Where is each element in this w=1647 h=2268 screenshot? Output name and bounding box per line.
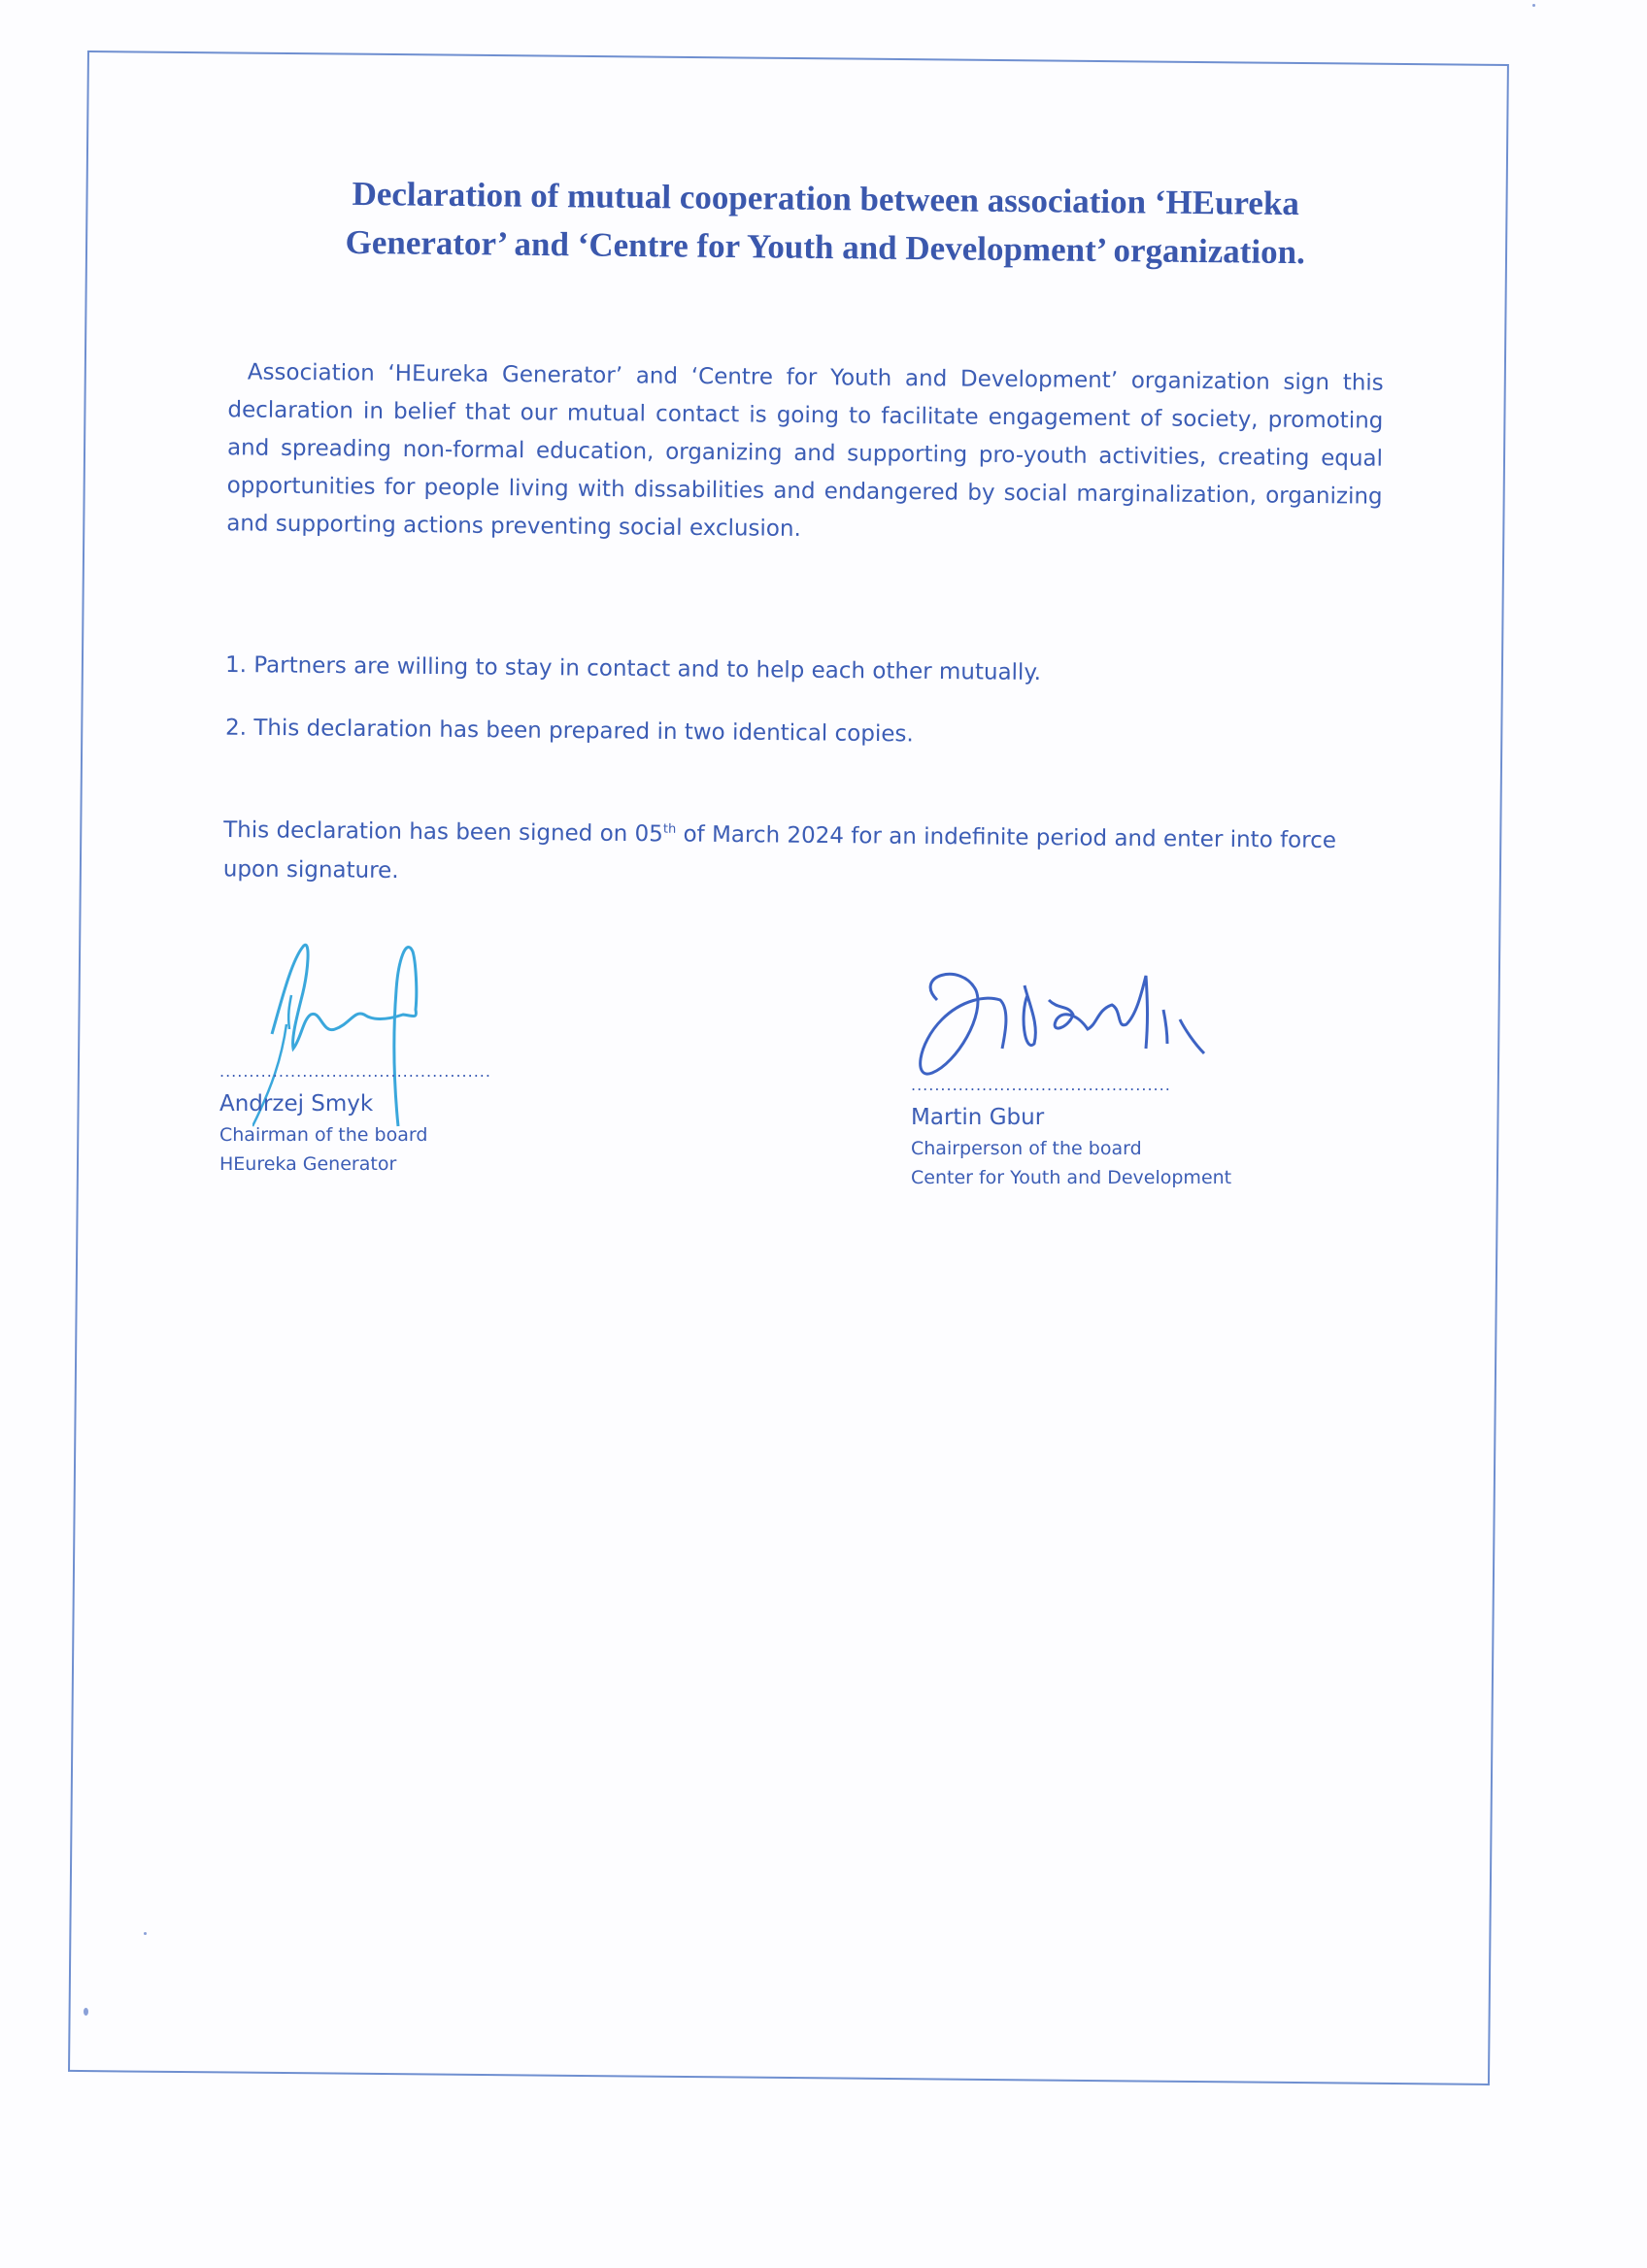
intro-paragraph: Association ‘HEureka Generator’ and ‘Cen…: [226, 353, 1384, 553]
signatory-org-left: HEureka Generator: [219, 1153, 491, 1175]
signed-ordinal: th: [663, 822, 676, 837]
signatory-org-right: Center for Youth and Development: [911, 1167, 1231, 1188]
scan-speck: [84, 2008, 88, 2016]
signature-line-left: ........................................…: [219, 1064, 491, 1080]
signed-prefix: This declaration has been signed on 05: [223, 817, 663, 847]
signatory-role-left: Chairman of the board: [219, 1124, 491, 1146]
scan-speck: [144, 1932, 147, 1935]
signature-line-right: ........................................…: [911, 1078, 1231, 1093]
signature-date-statement: This declaration has been signed on 05th…: [223, 806, 1370, 899]
signature-martin-gbur: [903, 956, 1233, 1083]
document-title: Declaration of mutual cooperation betwee…: [291, 169, 1361, 278]
signatory-role-right: Chairperson of the board: [911, 1138, 1231, 1159]
signatory-left: ........................................…: [219, 1064, 491, 1175]
signatory-name-left: Andrzej Smyk: [219, 1091, 491, 1117]
scan-speck: [1532, 4, 1535, 7]
signatory-name-right: Martin Gbur: [911, 1105, 1231, 1130]
signatory-right: ........................................…: [911, 1078, 1231, 1188]
